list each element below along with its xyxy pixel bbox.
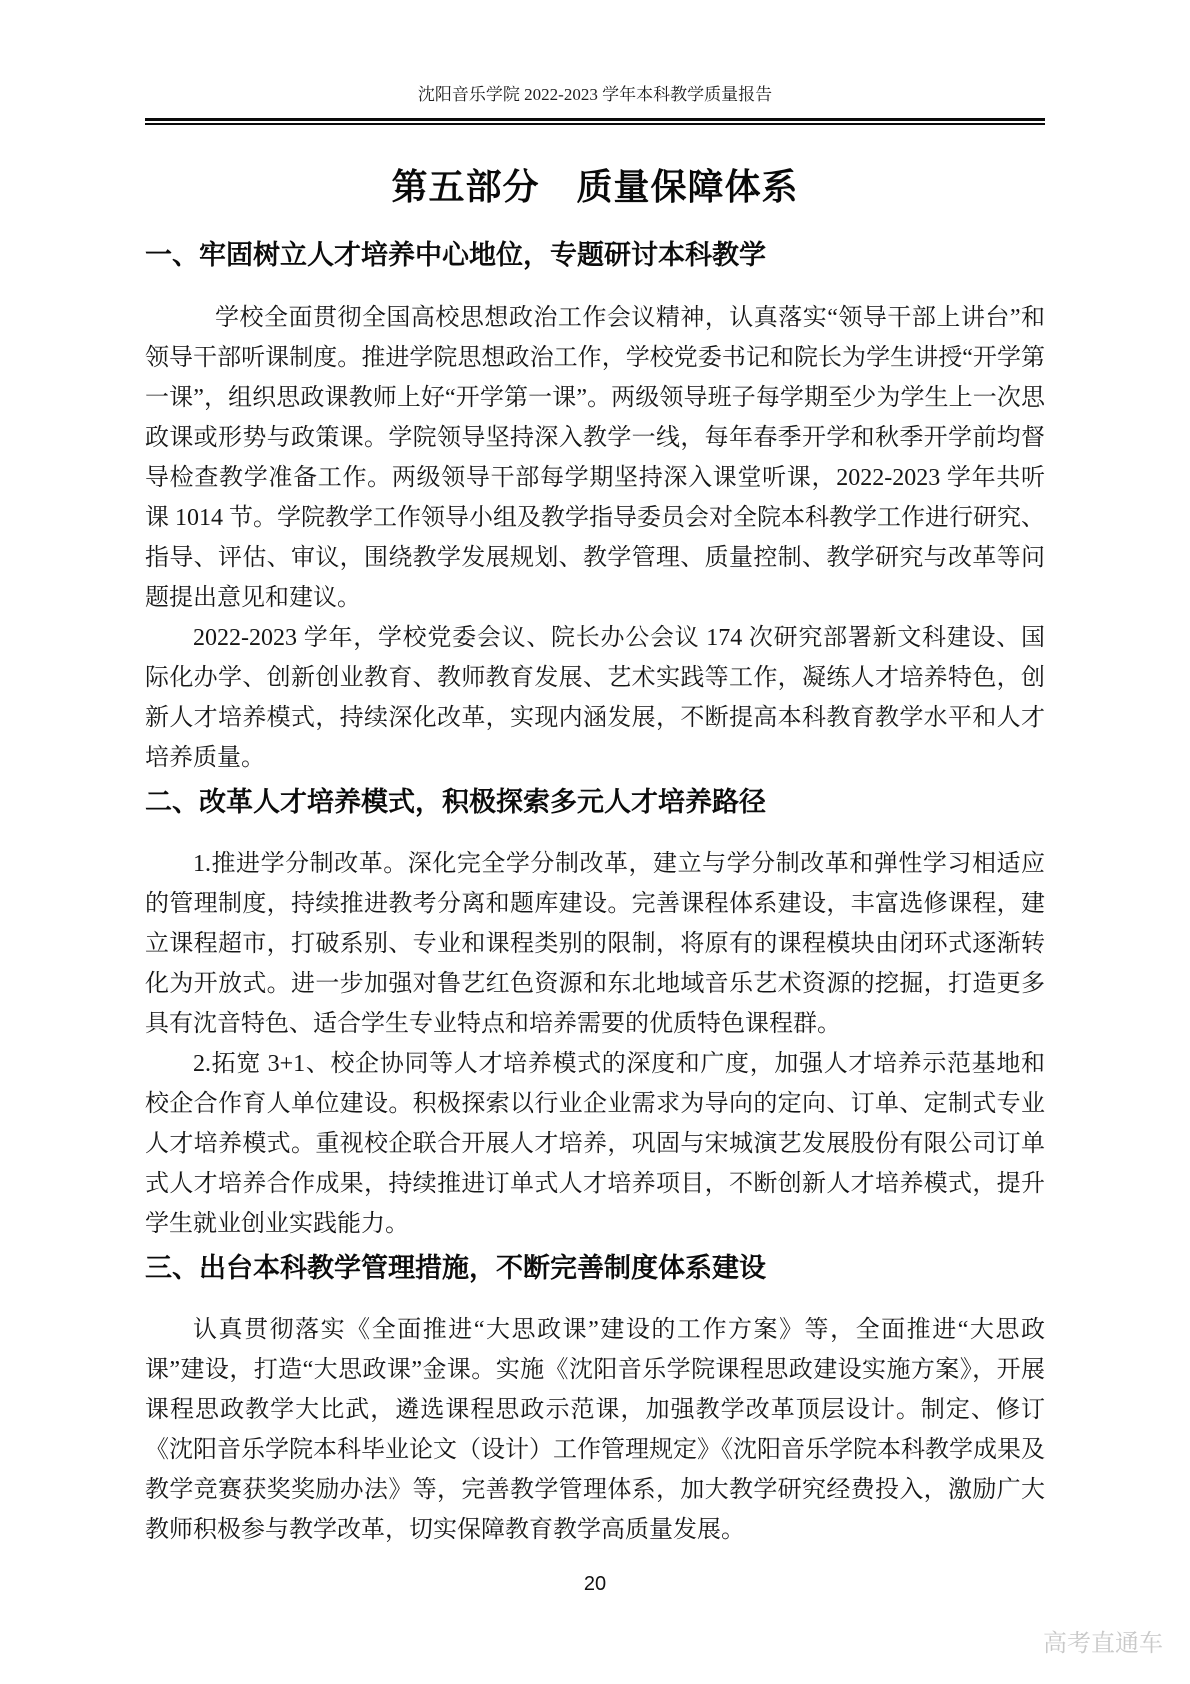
paragraph: 2022-2023 学年，学校党委会议、院长办公会议 174 次研究部署新文科建… — [145, 618, 1045, 778]
header-rule — [145, 118, 1045, 125]
document-page: 沈阳音乐学院 2022-2023 学年本科教学质量报告 第五部分 质量保障体系 … — [0, 0, 1190, 1684]
running-header: 沈阳音乐学院 2022-2023 学年本科教学质量报告 — [145, 84, 1045, 106]
paragraph: 2.拓宽 3+1、校企协同等人才培养模式的深度和广度，加强人才培养示范基地和校企… — [145, 1044, 1045, 1244]
page-number: 20 — [0, 1572, 1190, 1596]
section-heading-3: 三、出台本科教学管理措施，不断完善制度体系建设 — [145, 1248, 1045, 1288]
paragraph: 认真贯彻落实《全面推进“大思政课”建设的工作方案》等，全面推进“大思政课”建设，… — [145, 1310, 1045, 1550]
section-heading-2: 二、改革人才培养模式，积极探索多元人才培养路径 — [145, 782, 1045, 822]
paragraph: 学校全面贯彻全国高校思想政治工作会议精神，认真落实“领导干部上讲台”和领导干部听… — [145, 298, 1045, 618]
paragraph: 1.推进学分制改革。深化完全学分制改革，建立与学分制改革和弹性学习相适应的管理制… — [145, 844, 1045, 1044]
section-heading-1: 一、牢固树立人才培养中心地位，专题研讨本科教学 — [145, 235, 1045, 275]
page-title: 第五部分 质量保障体系 — [145, 163, 1045, 211]
page-content: 沈阳音乐学院 2022-2023 学年本科教学质量报告 第五部分 质量保障体系 … — [0, 0, 1190, 1550]
watermark: 高考直通车 — [1043, 1630, 1163, 1658]
